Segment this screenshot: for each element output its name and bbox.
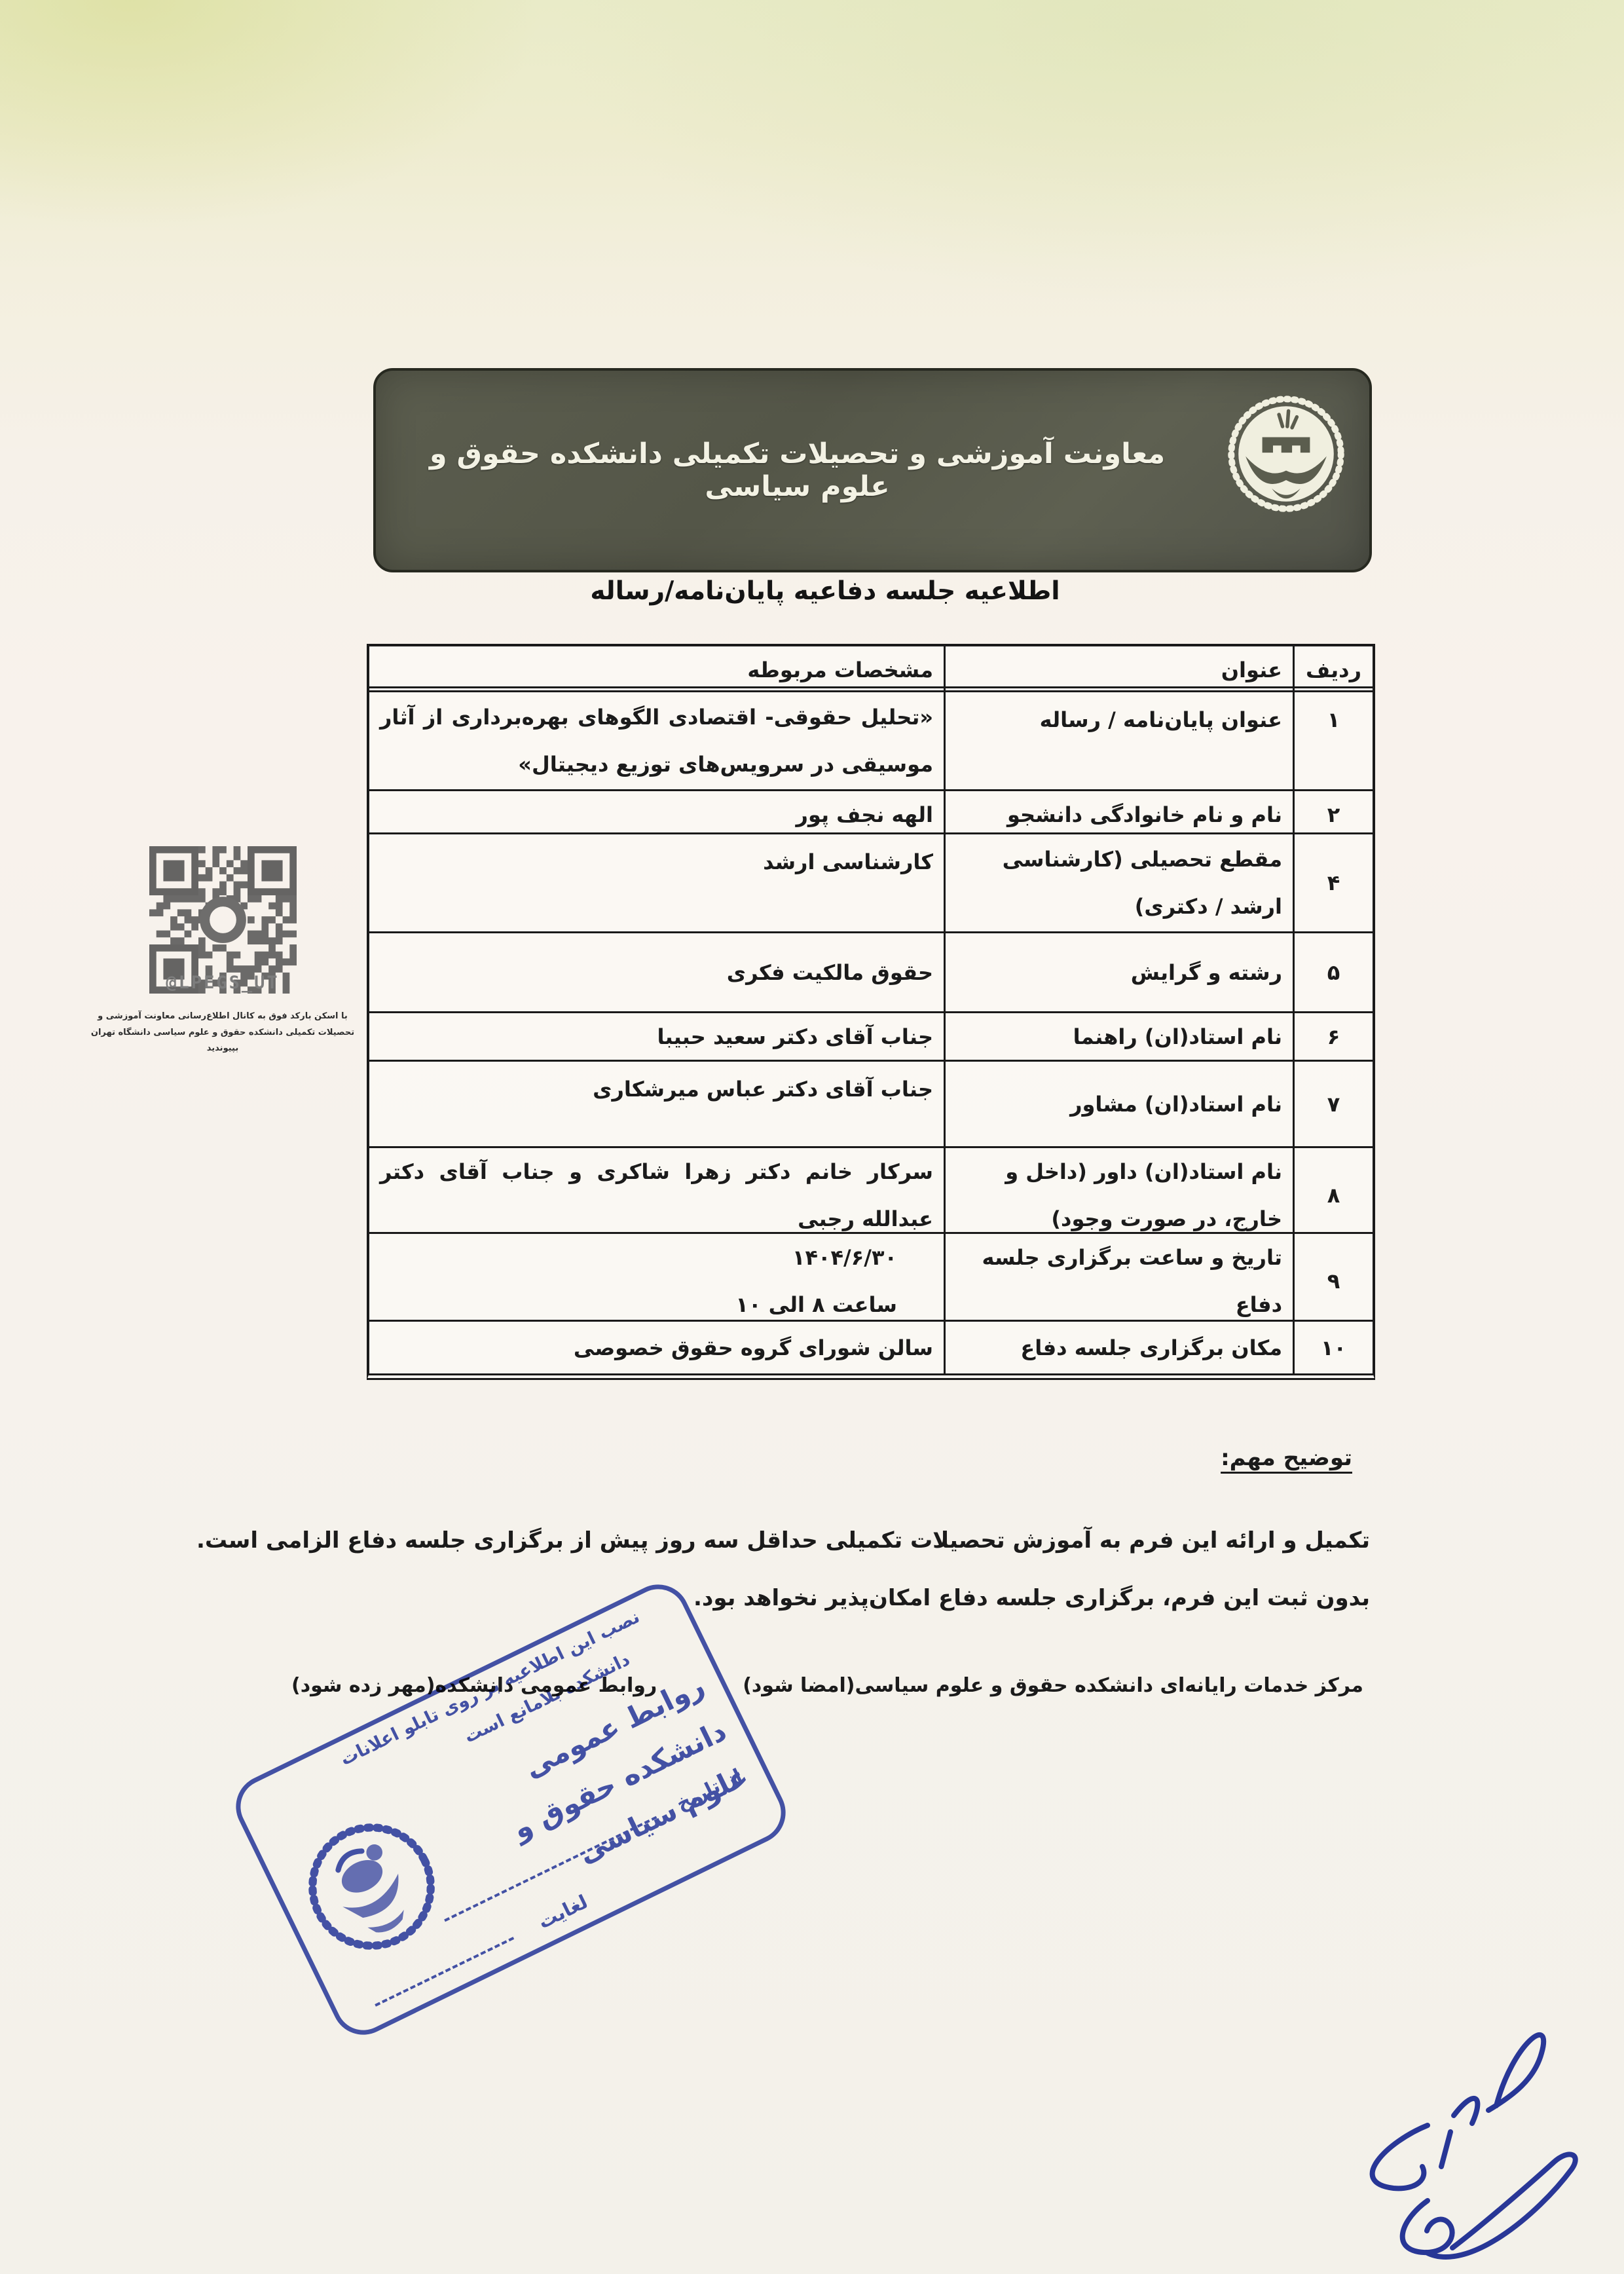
row-details-cell: «تحلیل حقوقی- اقتصادی الگوهای بهره‌بردار… <box>369 692 944 789</box>
header-cell-title: عنوان <box>944 646 1293 694</box>
scanned-form-page: معاونت آموزشی و تحصیلات تکمیلی دانشکده ح… <box>0 0 1624 2274</box>
row-number-cell: ۶ <box>1293 1013 1373 1060</box>
table-row: ۴ مقطع تحصیلی (کارشناسی ارشد / دکتری) کا… <box>369 832 1373 931</box>
note-body: تکمیل و ارائه این فرم به آموزش تحصیلات ت… <box>196 1512 1370 1628</box>
row-title-cell: مقطع تحصیلی (کارشناسی ارشد / دکتری) <box>944 834 1293 931</box>
computer-center-signature-label: مرکز خدمات رایانه‌ای دانشکده حقوق و علوم… <box>743 1674 1363 1697</box>
handwritten-signature <box>1231 1991 1611 2266</box>
row-title-cell: نام و نام خانوادگی دانشجو <box>944 791 1293 838</box>
table-row: ۱ عنوان پایان‌نامه / رساله «تحلیل حقوقی-… <box>369 692 1373 789</box>
official-stamp: نصب این اطلاعیه بر روی تابلو اعلانات دان… <box>225 1574 796 2045</box>
row-details-cell: حقوق مالکیت فکری <box>369 933 944 1011</box>
row-title-cell: نام استاد(ان) راهنما <box>944 1013 1293 1060</box>
table-header-row: ردیف عنوان مشخصات مربوطه <box>369 646 1373 692</box>
row-title-cell: نام استاد(ان) مشاور <box>944 1062 1293 1146</box>
table-row: ۱۰ مکان برگزاری جلسه دفاع سالن شورای گرو… <box>369 1320 1373 1373</box>
header-banner: معاونت آموزشی و تحصیلات تکمیلی دانشکده ح… <box>373 368 1372 572</box>
row-details-cell: سرکار خانم دکتر زهرا شاکری و جناب آقای د… <box>369 1148 944 1242</box>
row-details-cell: کارشناسی ارشد <box>369 834 944 931</box>
row-title-cell: تاریخ و ساعت برگزاری جلسه دفاع <box>944 1234 1293 1328</box>
row-details-cell: سالن شورای گروه حقوق خصوصی <box>369 1322 944 1373</box>
page-title: اطلاعیه جلسه دفاعیه پایان‌نامه/رساله <box>458 576 1192 606</box>
row-title-cell: رشته و گرایش <box>944 933 1293 1011</box>
row-number-cell: ۱ <box>1293 692 1373 789</box>
row-details-cell: جناب آقای دکتر عباس میرشکاری <box>369 1062 944 1146</box>
header-cell-row-number: ردیف <box>1293 646 1373 694</box>
row-number-cell: ۱۰ <box>1293 1322 1373 1373</box>
row-details-cell: الهه نجف پور <box>369 791 944 838</box>
table-row: ۶ نام استاد(ان) راهنما جناب آقای دکتر سع… <box>369 1011 1373 1060</box>
table-row: ۵ رشته و گرایش حقوق مالکیت فکری <box>369 931 1373 1011</box>
defense-date: ۱۴۰۴/۶/۳۰ <box>380 1234 897 1281</box>
row-title-cell: نام استاد(ان) داور (داخل و خارج، در صورت… <box>944 1148 1293 1242</box>
table-row: ۲ نام و نام خانوادگی دانشجو الهه نجف پور <box>369 789 1373 832</box>
row-number-cell: ۹ <box>1293 1234 1373 1328</box>
row-title-cell: مکان برگزاری جلسه دفاع <box>944 1322 1293 1373</box>
row-details-cell: جناب آقای دکتر سعید حبیبا <box>369 1013 944 1060</box>
qr-handle: @LPEGS_UT <box>118 973 327 993</box>
row-number-cell: ۲ <box>1293 791 1373 838</box>
row-details-cell: ۱۴۰۴/۶/۳۰ ساعت ۸ الی ۱۰ <box>369 1234 944 1328</box>
note-heading: توضیح مهم: <box>1221 1445 1352 1471</box>
table-row: ۸ نام استاد(ان) داور (داخل و خارج، در صو… <box>369 1146 1373 1232</box>
qr-caption: با اسکن بارکد فوق به کانال اطلاع‌رسانی م… <box>88 1009 357 1057</box>
row-number-cell: ۴ <box>1293 834 1373 931</box>
header-cell-details: مشخصات مربوطه <box>369 646 944 694</box>
row-title-cell: عنوان پایان‌نامه / رساله <box>944 692 1293 789</box>
defense-info-table: ردیف عنوان مشخصات مربوطه ۱ عنوان پایان‌ن… <box>367 644 1375 1380</box>
university-logo-icon <box>1227 394 1346 513</box>
qr-code <box>149 846 297 994</box>
row-number-cell: ۷ <box>1293 1062 1373 1146</box>
row-number-cell: ۸ <box>1293 1148 1373 1242</box>
table-row: ۹ تاریخ و ساعت برگزاری جلسه دفاع ۱۴۰۴/۶/… <box>369 1232 1373 1320</box>
table-row: ۷ نام استاد(ان) مشاور جناب آقای دکتر عبا… <box>369 1060 1373 1146</box>
row-number-cell: ۵ <box>1293 933 1373 1011</box>
banner-title: معاونت آموزشی و تحصیلات تکمیلی دانشکده ح… <box>415 371 1179 570</box>
